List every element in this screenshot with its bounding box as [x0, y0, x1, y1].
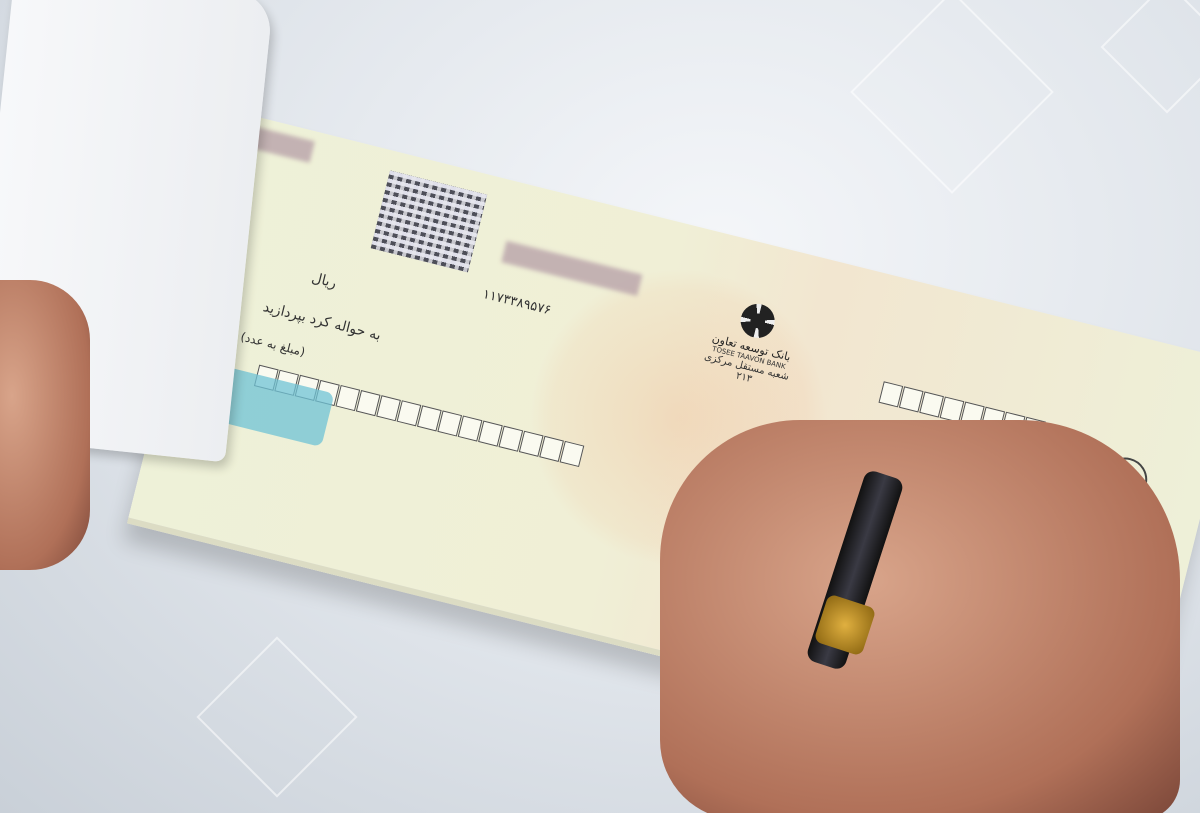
background-pattern — [1101, 0, 1200, 113]
background-pattern — [850, 0, 1054, 194]
right-hand — [660, 420, 1180, 813]
background-pattern — [196, 636, 357, 797]
flower-logo-icon — [737, 300, 778, 341]
blurred-account-number — [501, 241, 642, 296]
left-hand — [0, 280, 90, 570]
serial-number: ۱۱۷۳۳۸۹۵۷۶ — [481, 287, 552, 318]
qr-code — [371, 171, 487, 273]
payee-prompt: به حواله کرد بپردازید — [261, 299, 382, 344]
amount-currency-label: ریال — [310, 270, 338, 292]
